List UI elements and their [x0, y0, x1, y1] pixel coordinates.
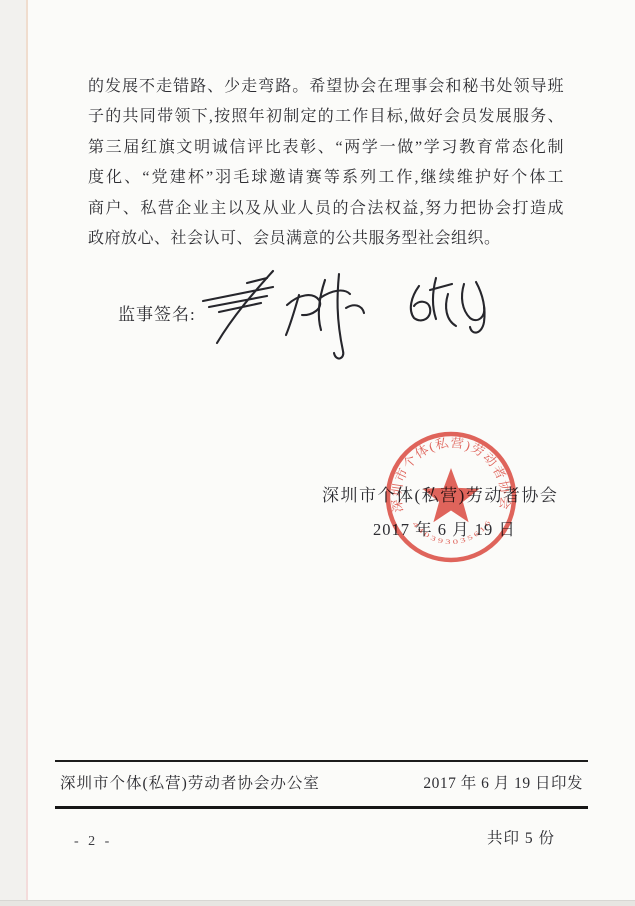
- official-red-seal: 深圳市个体(私营)劳动者协会 4403930356167: [381, 427, 521, 567]
- copies-count: 共印 5 份: [487, 826, 555, 848]
- signature-2: [286, 274, 364, 359]
- red-star-icon: [423, 468, 480, 522]
- scan-fold-line: [26, 0, 28, 906]
- scan-left-margin: [0, 0, 26, 906]
- handwritten-signatures: [185, 263, 515, 368]
- body-paragraph: 的发展不走错路、少走弯路。希望协会在理事会和秘书处领导班 子的共同带领下,按照年…: [88, 72, 564, 254]
- body-line: 子的共同带领下,按照年初制定的工作目标,做好会员发展服务、: [88, 102, 564, 132]
- footer-print-date: 2017 年 6 月 19 日印发: [423, 771, 583, 793]
- signature-1: [203, 271, 273, 343]
- body-line: 的发展不走错路、少走弯路。希望协会在理事会和秘书处领导班: [88, 72, 564, 102]
- body-line: 度化、“党建杯”羽毛球邀请赛等系列工作,继续维护好个体工: [88, 163, 564, 193]
- footer-office-name: 深圳市个体(私营)劳动者协会办公室: [60, 771, 320, 793]
- body-line: 商户、私营企业主以及从业人员的合法权益,努力把协会打造成: [88, 194, 564, 224]
- body-line: 第三届红旗文明诚信评比表彰、“两学一做”学习教育常态化制: [88, 133, 564, 163]
- body-line: 政府放心、社会认可、会员满意的公共服务型社会组织。: [88, 224, 564, 254]
- scanned-document-page: { "document": { "body_lines": [ "的发展不走错路…: [0, 0, 635, 906]
- footer-bottom-rule: [55, 806, 588, 809]
- signature-3: [411, 278, 485, 333]
- scan-bottom-edge: [0, 900, 635, 906]
- page-number: - 2 -: [74, 834, 112, 850]
- footer-top-rule: [55, 760, 588, 762]
